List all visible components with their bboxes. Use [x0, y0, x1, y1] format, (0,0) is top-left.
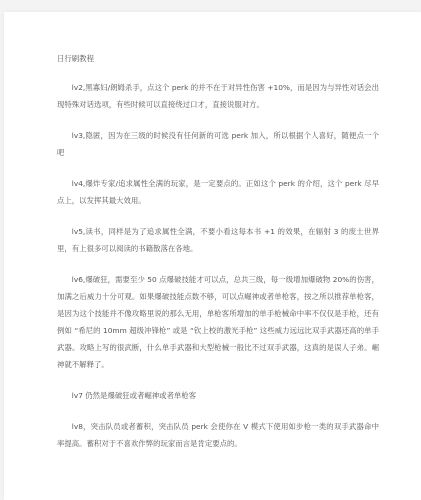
paragraph-lv3: lv3,隐匿，因为在三级的时候没有任何新的可选 perk 加入，所以根据个人喜好… [57, 127, 379, 161]
document-content: 日行刷教程 lv2,黑寡妇/朗姆杀手，点这个 perk 的并不在于对异性伤害 +… [57, 50, 379, 466]
paragraph-lv2: lv2,黑寡妇/朗姆杀手，点这个 perk 的并不在于对异性伤害 +10%，而是… [57, 79, 379, 113]
paragraph-lv5: lv5,读书，同样是为了追求属性全满，不要小看这每本书 +1 的效果，在辐射 3… [57, 223, 379, 257]
paragraph-lv8: lv8，突击队员或者蓄积，突击队员 perk 会使你在 V 模式下使用如步枪一类… [57, 418, 379, 452]
document-title: 日行刷教程 [57, 50, 379, 67]
document-page: 日行刷教程 lv2,黑寡妇/朗姆杀手，点这个 perk 的并不在于对异性伤害 +… [4, 12, 421, 500]
paragraph-lv4: lv4,爆炸专家/追求属性全满的玩家，是一定要点的。正如这个 perk 的介绍，… [57, 175, 379, 209]
paragraph-lv6: lv6,爆破狂，需要至少 50 点爆破技能才可以点，总共三级，每一级增加爆破物 … [57, 271, 379, 373]
paragraph-lv7: lv7 仍然是爆破狂或者崛神或者单枪客 [57, 387, 379, 404]
